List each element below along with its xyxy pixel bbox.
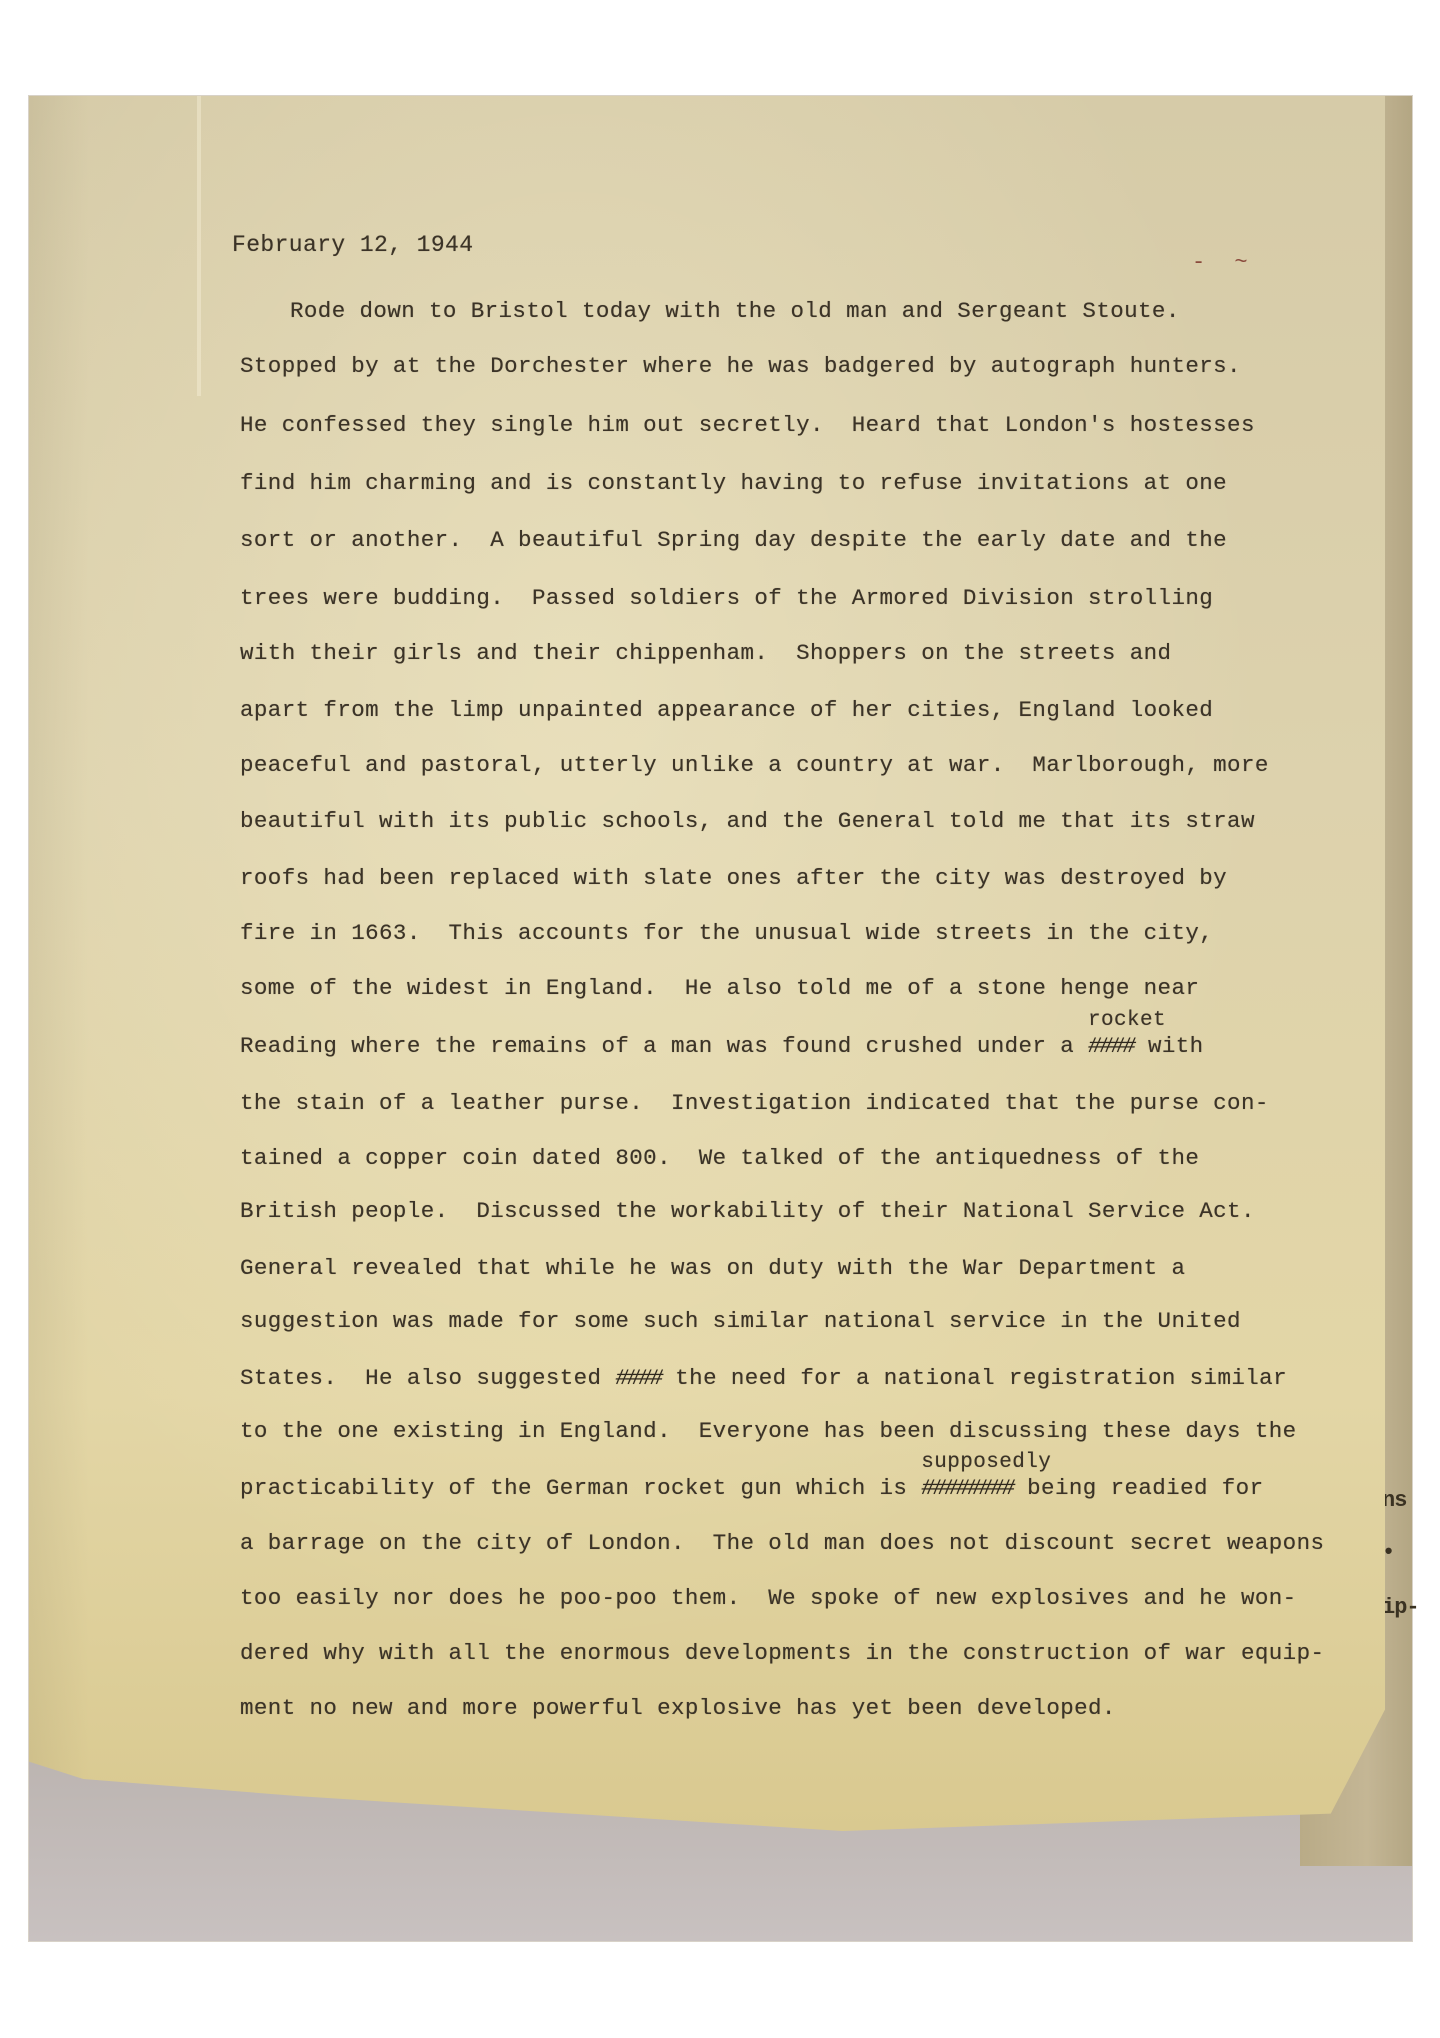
line-segment: States. He also suggested: [240, 1365, 615, 1391]
diary-line: trees were budding. Passed soldiers of t…: [240, 585, 1213, 611]
diary-line: British people. Discussed the workabilit…: [240, 1198, 1255, 1224]
diary-line: He confessed they single him out secretl…: [240, 412, 1255, 438]
struck-correction: rocket####: [1088, 1033, 1134, 1059]
diary-line: fire in 1663. This accounts for the unus…: [240, 920, 1213, 946]
diary-line: apart from the limp unpainted appearance…: [240, 697, 1213, 723]
struck-correction: ####: [615, 1365, 661, 1391]
underlying-sheet-fragment: ip-: [1382, 1595, 1419, 1620]
diary-line: some of the widest in England. He also t…: [240, 975, 1199, 1001]
struck-out-word: ########: [921, 1475, 1013, 1501]
underlying-sheet-fragment: ns: [1382, 1488, 1406, 1513]
page-crease: [197, 96, 201, 396]
diary-line: find him charming and is constantly havi…: [240, 470, 1227, 496]
diary-line: peaceful and pastoral, utterly unlike a …: [240, 752, 1269, 778]
diary-line: dered why with all the enormous developm…: [240, 1640, 1324, 1666]
diary-line: General revealed that while he was on du…: [240, 1255, 1185, 1281]
diary-line: with their girls and their chippenham. S…: [240, 640, 1171, 666]
struck-out-word: ####: [1088, 1033, 1134, 1059]
line-segment: being readied for: [1013, 1475, 1263, 1501]
diary-line: practicability of the German rocket gun …: [240, 1475, 1264, 1501]
line-segment: Reading where the remains of a man was f…: [240, 1033, 1088, 1059]
diary-line: Stopped by at the Dorchester where he wa…: [240, 353, 1241, 379]
diary-line: to the one existing in England. Everyone…: [240, 1418, 1297, 1444]
diary-line: ment no new and more powerful explosive …: [240, 1695, 1116, 1721]
diary-line: suggestion was made for some such simila…: [240, 1308, 1241, 1334]
struck-out-word: ####: [615, 1365, 661, 1391]
struck-correction: supposedly########: [921, 1475, 1013, 1501]
diary-line: too easily nor does he poo-poo them. We …: [240, 1585, 1297, 1611]
diary-line: roofs had been replaced with slate ones …: [240, 865, 1227, 891]
diary-line: tained a copper coin dated 800. We talke…: [240, 1145, 1199, 1171]
diary-date: February 12, 1944: [232, 232, 473, 258]
inserted-correction: supposedly: [921, 1451, 1051, 1474]
diary-line: States. He also suggested #### the need …: [240, 1365, 1287, 1391]
line-segment: the need for a national registration sim…: [661, 1365, 1287, 1391]
diary-line: a barrage on the city of London. The old…: [240, 1530, 1324, 1556]
line-segment: with: [1134, 1033, 1204, 1059]
diary-line: sort or another. A beautiful Spring day …: [240, 527, 1227, 553]
diary-line: beautiful with its public schools, and t…: [240, 808, 1255, 834]
line-segment: practicability of the German rocket gun …: [240, 1475, 921, 1501]
diary-line: Reading where the remains of a man was f…: [240, 1033, 1204, 1059]
inserted-correction: rocket: [1088, 1009, 1166, 1032]
diary-line: the stain of a leather purse. Investigat…: [240, 1090, 1269, 1116]
diary-line: Rode down to Bristol today with the old …: [290, 298, 1180, 324]
margin-mark: - ~: [1192, 250, 1256, 275]
